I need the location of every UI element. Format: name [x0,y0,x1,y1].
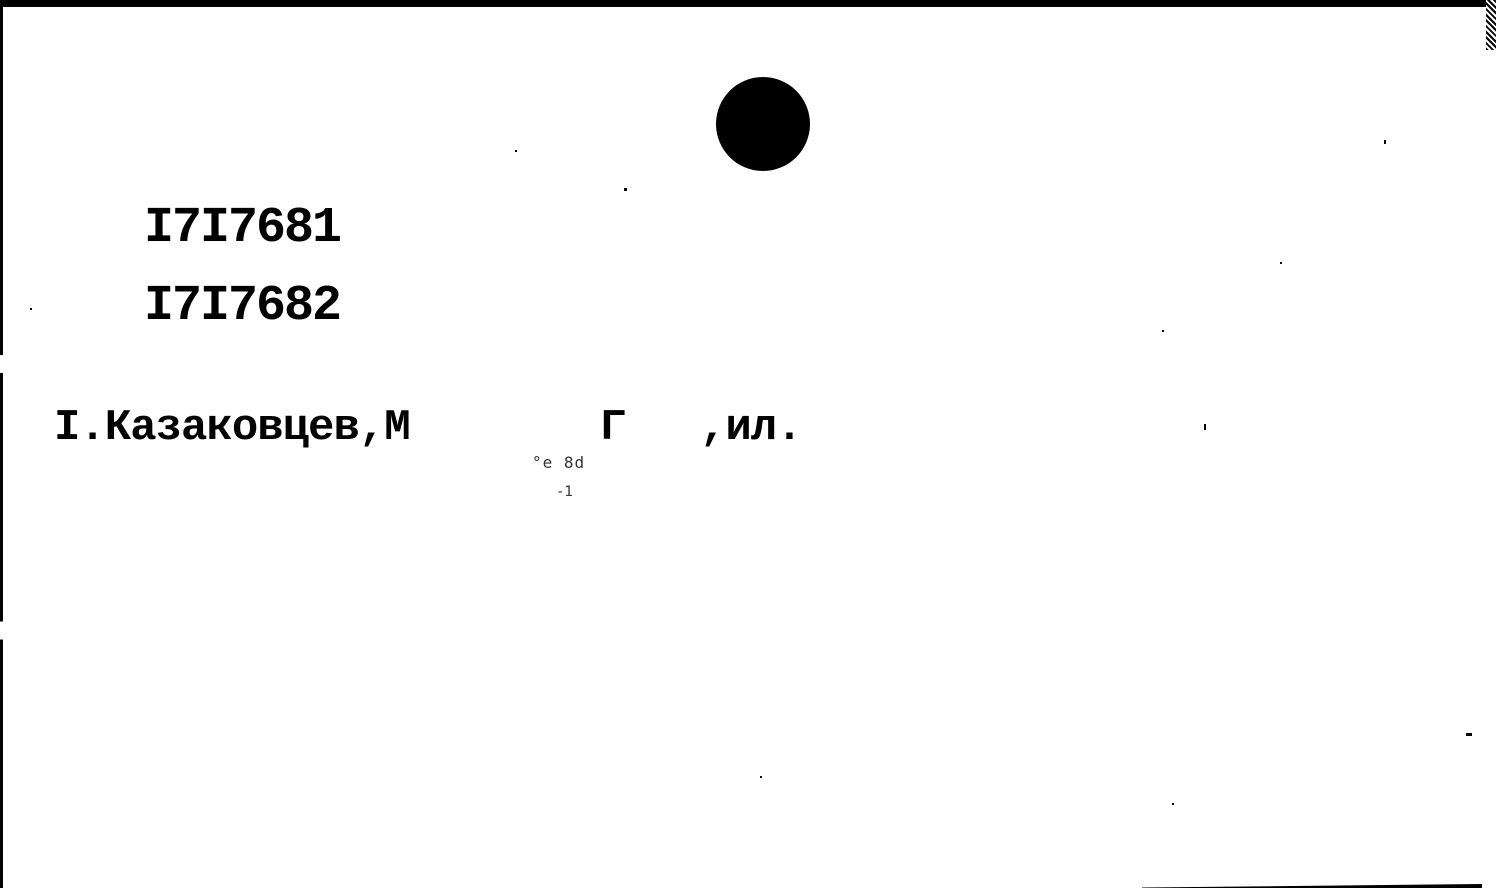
punch-hole [716,77,810,171]
call-number-2: I7I7682 [144,282,340,332]
scan-speck [760,776,762,778]
call-number-1: I7I7681 [144,204,340,254]
scan-speck [30,308,32,310]
scan-speck [1384,140,1386,144]
entry-author: I.Казаковцев,М [54,406,410,450]
entry-initial: Г [600,406,625,450]
card-right-edge-mark [1486,0,1496,50]
scan-speck [1466,733,1472,736]
scan-speck [624,188,627,191]
entry-suffix: ,ил. [700,406,802,450]
scan-speck [1204,424,1206,430]
faint-stamp: °e 8d [532,455,585,471]
faint-stamp-sub: -1 [556,484,573,500]
scan-speck [1162,330,1164,332]
catalog-card: I7I7681 I7I7682 I.Казаковцев,М Г ,ил. °e… [0,0,1496,888]
card-top-edge [0,0,1496,7]
card-bottom-edge [1142,884,1482,888]
scan-speck [515,150,517,152]
card-left-edge [0,0,3,888]
scan-speck [1172,803,1174,805]
scan-speck [1280,262,1282,264]
